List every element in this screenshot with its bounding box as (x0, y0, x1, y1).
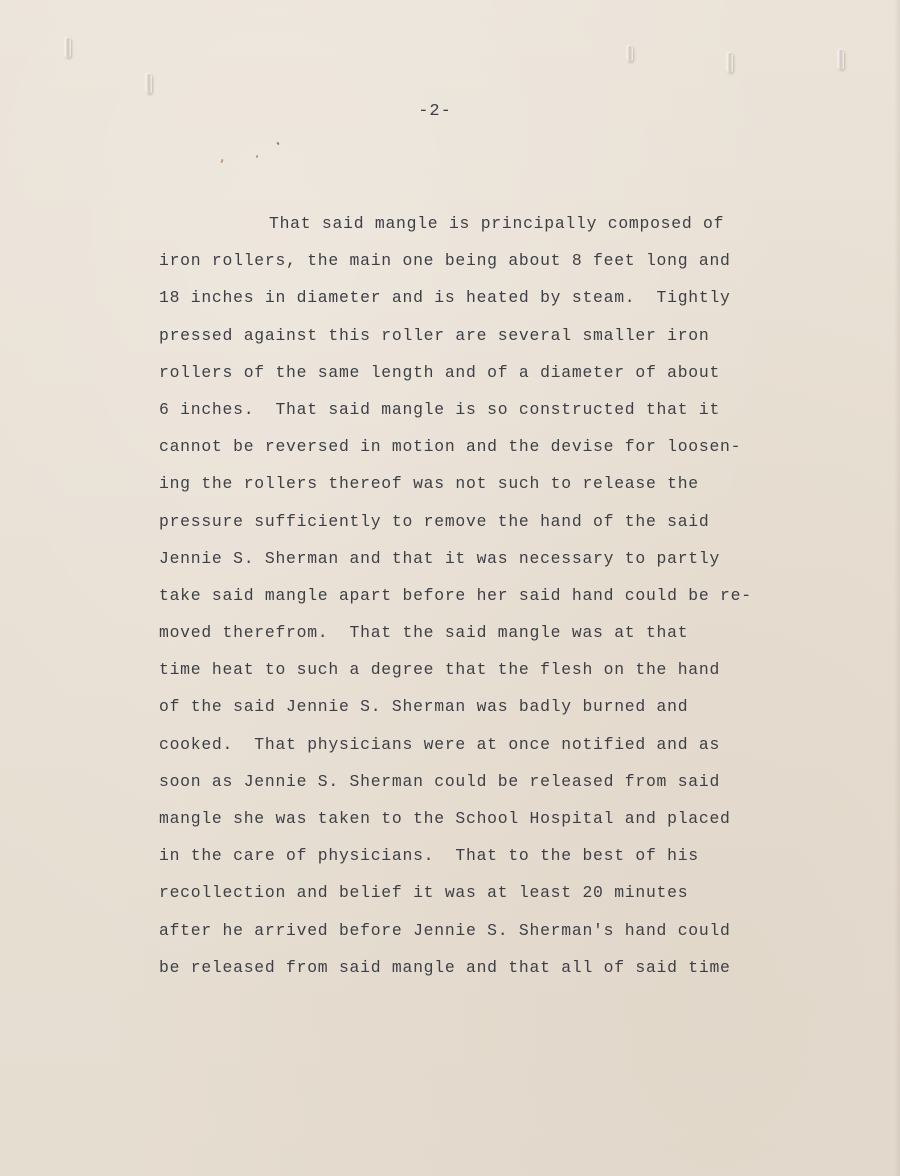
text-line: rollers of the same length and of a diam… (159, 359, 799, 396)
document-page: -2- That said mangle is principally comp… (0, 0, 900, 1176)
page-edge-shadow (894, 0, 900, 1176)
text-line: 6 inches. That said mangle is so constru… (159, 396, 799, 433)
text-line: after he arrived before Jennie S. Sherma… (159, 917, 799, 954)
text-line: of the said Jennie S. Sherman was badly … (159, 693, 799, 730)
text-line: cannot be reversed in motion and the dev… (159, 433, 799, 470)
staple-hole-mark (727, 53, 733, 73)
staple-hole-mark (65, 38, 71, 58)
text-line: moved therefrom. That the said mangle wa… (159, 619, 799, 656)
text-line: soon as Jennie S. Sherman could be relea… (159, 768, 799, 805)
staple-hole-mark (838, 50, 844, 70)
text-line: in the care of physicians. That to the b… (159, 842, 799, 879)
page-number: -2- (0, 102, 870, 121)
paper-speck (220, 159, 223, 163)
text-line: take said mangle apart before her said h… (159, 582, 799, 619)
staple-hole-mark (627, 46, 633, 62)
text-line: be released from said mangle and that al… (159, 954, 799, 991)
text-line: 18 inches in diameter and is heated by s… (159, 284, 799, 321)
text-line: iron rollers, the main one being about 8… (159, 247, 799, 284)
text-line: pressure sufficiently to remove the hand… (159, 508, 799, 545)
text-line: cooked. That physicians were at once not… (159, 731, 799, 768)
text-line: time heat to such a degree that the fles… (159, 656, 799, 693)
paper-speck (276, 142, 279, 146)
text-line: pressed against this roller are several … (159, 322, 799, 359)
typewritten-body: That said mangle is principally composed… (159, 210, 799, 991)
text-line: ing the rollers thereof was not such to … (159, 470, 799, 507)
text-line: mangle she was taken to the School Hospi… (159, 805, 799, 842)
staple-hole-mark (146, 74, 152, 94)
text-line: That said mangle is principally composed… (159, 210, 799, 247)
text-line: Jennie S. Sherman and that it was necess… (159, 545, 799, 582)
text-line: recollection and belief it was at least … (159, 879, 799, 916)
paper-speck (256, 155, 258, 158)
